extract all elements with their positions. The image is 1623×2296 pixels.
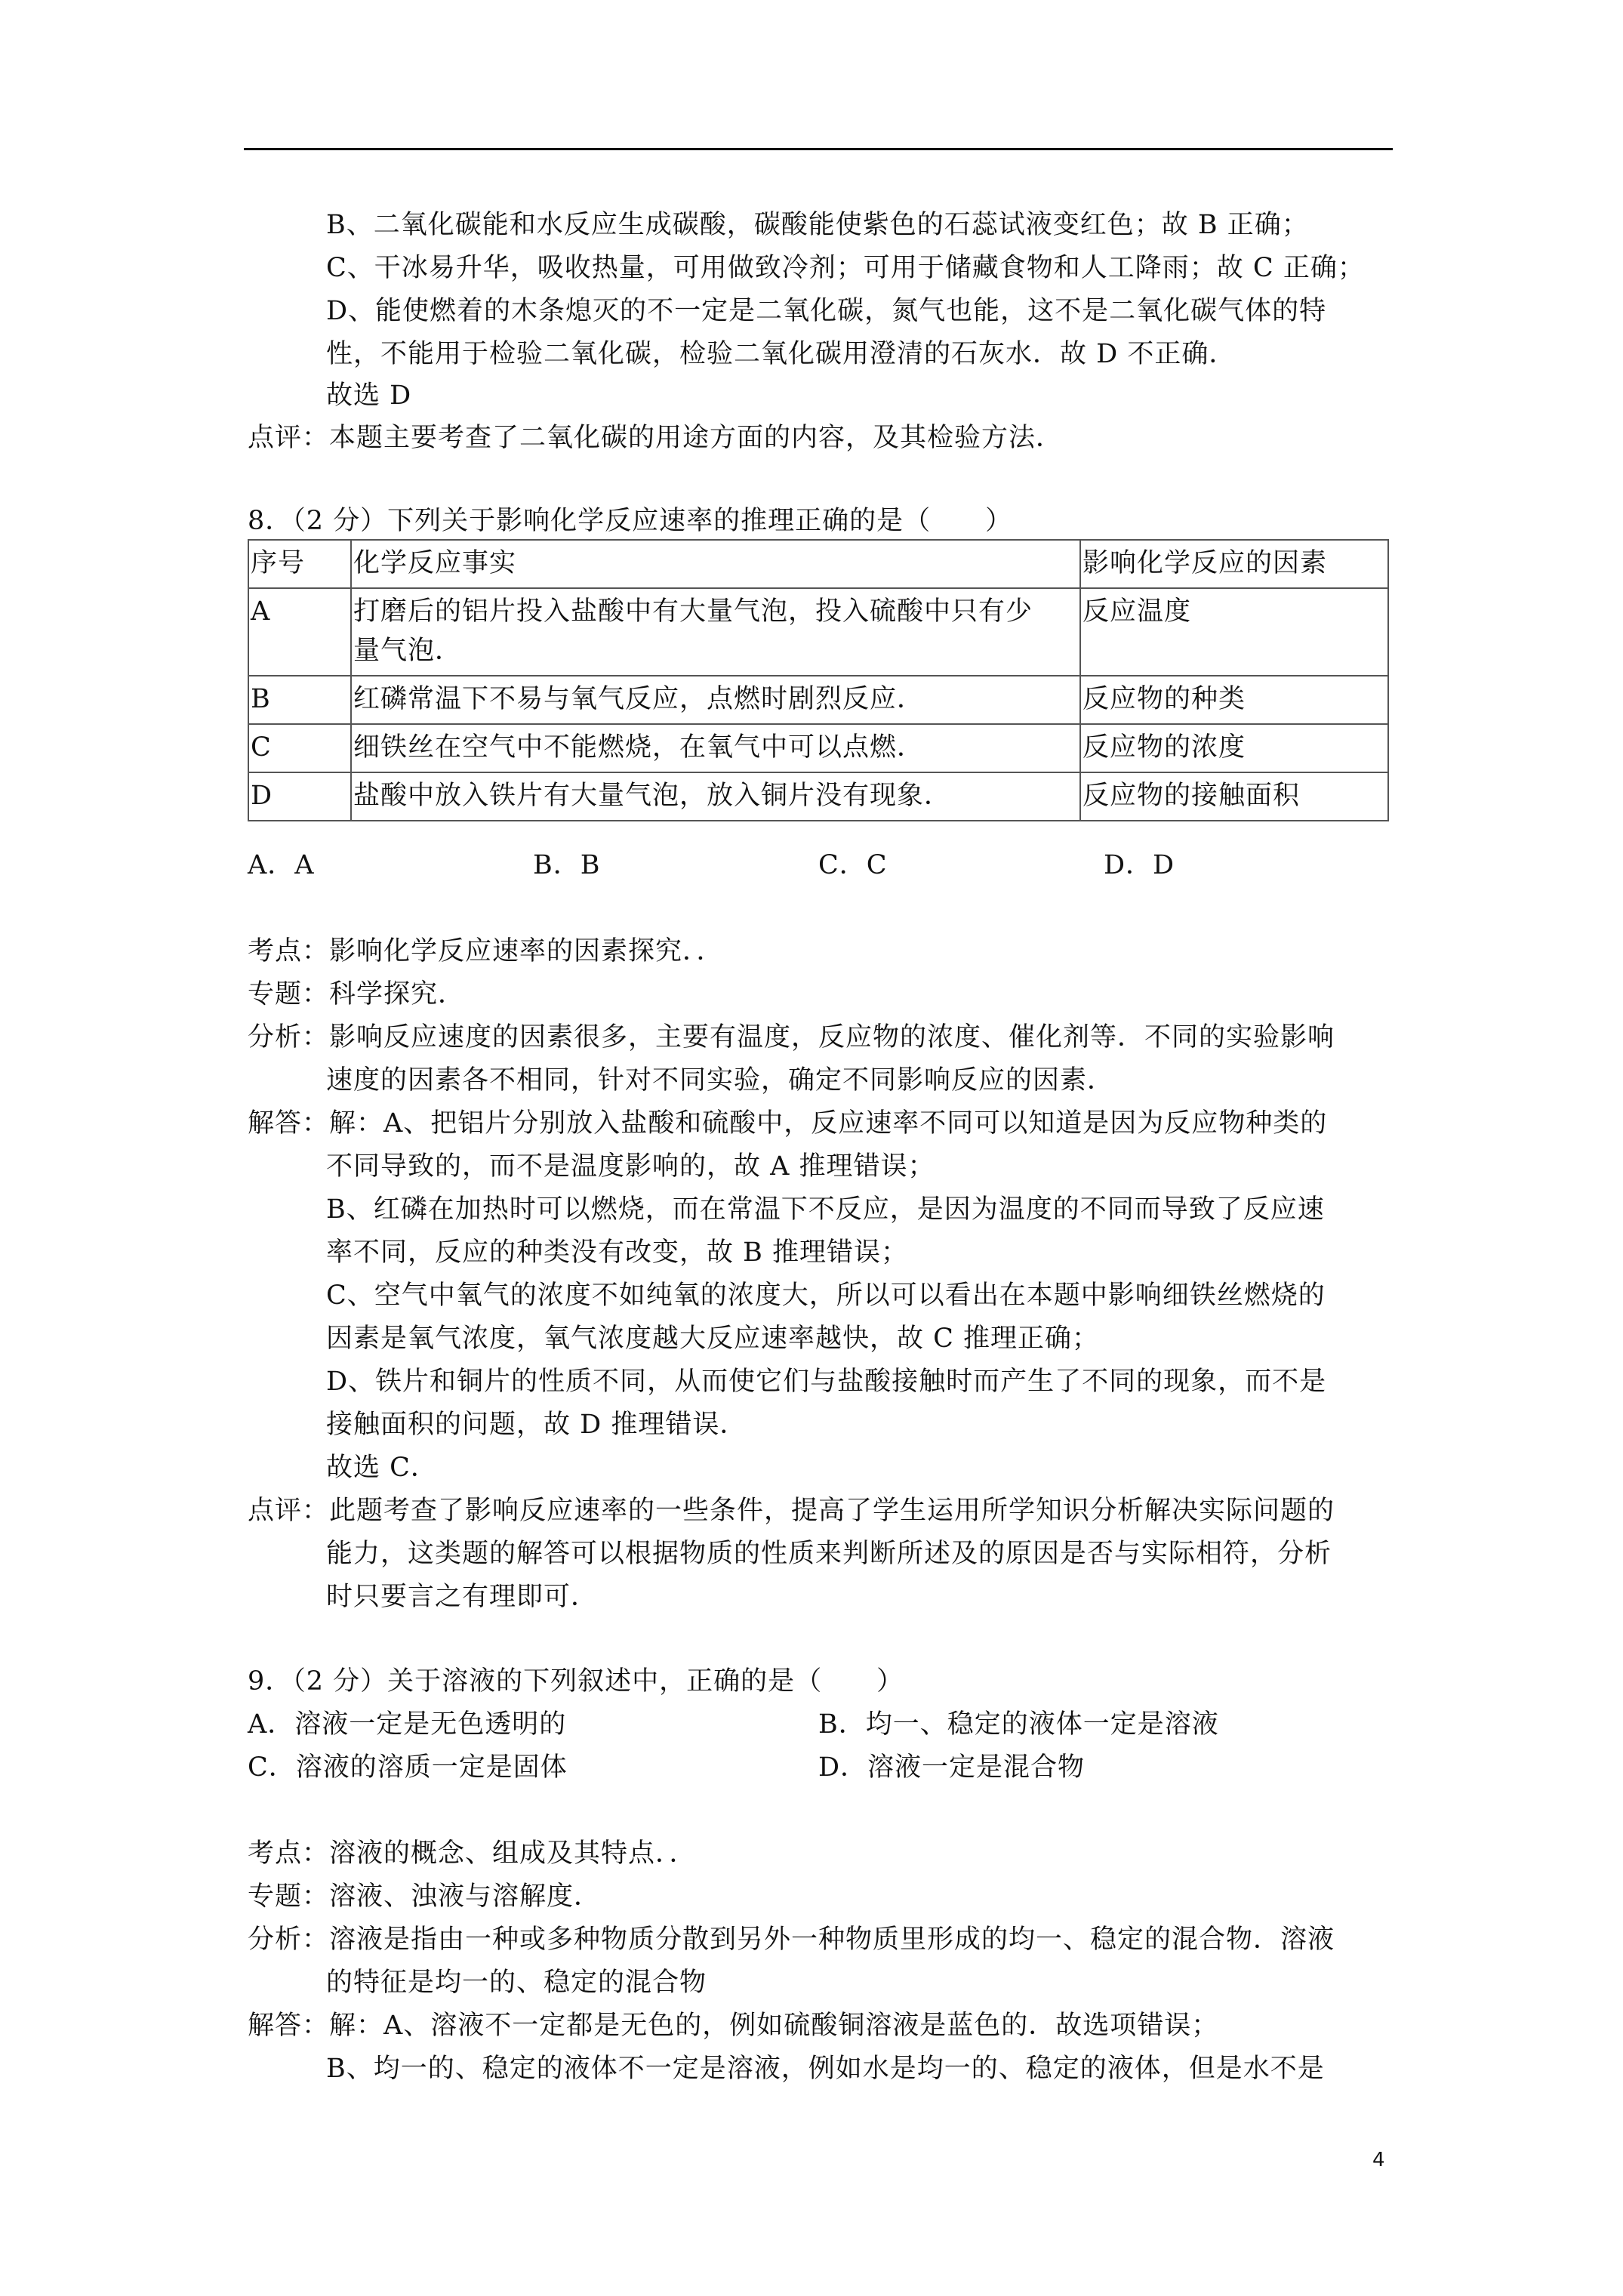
q7-answer-line: B、二氧化碳能和水反应生成碳酸，碳酸能使紫色的石蕊试液变红色；故 B 正确； [326, 208, 1309, 242]
table-row: B 红磷常温下不易与氧气反应，点燃时剧烈反应． 反应物的种类 [248, 676, 1388, 724]
q8-option-d: D．D [1104, 849, 1175, 882]
table-row: A 打磨后的铝片投入盐酸中有大量气泡，投入硫酸中只有少 量气泡． 反应温度 [248, 588, 1388, 676]
q8-fenxi: 分析：影响反应速度的因素很多，主要有温度，反应物的浓度、催化剂等．不同的实验影响 [248, 1021, 1335, 1054]
q9-kaodian: 考点：溶液的概念、组成及其特点．． [248, 1837, 697, 1870]
row-factor: 反应物的种类 [1080, 676, 1388, 724]
row-fact: 细铁丝在空气中不能燃烧，在氧气中可以点燃． [351, 724, 1080, 772]
q9-jieda: B、均一的、稳定的液体不一定是溶液，例如水是均一的、稳定的液体，但是水不是 [326, 2052, 1325, 2085]
row-id: D [248, 772, 351, 821]
row-id: A [248, 588, 351, 676]
row-factor: 反应物的浓度 [1080, 724, 1388, 772]
q8-jieda: B、红磷在加热时可以燃烧，而在常温下不反应，是因为温度的不同而导致了反应速 [326, 1193, 1325, 1226]
q9-question: 9．（2 分）关于溶液的下列叙述中，正确的是（ ） [248, 1665, 904, 1698]
header-cell: 序号 [248, 540, 351, 588]
q8-option-b: B．B [533, 849, 600, 882]
q9-option-b: B．均一、稳定的液体一定是溶液 [818, 1708, 1219, 1741]
q8-dianping: 能力，这类题的解答可以根据物质的性质来判断所述及的原因是否与实际相符，分析 [326, 1537, 1332, 1570]
row-fact-line: 量气泡． [353, 631, 1078, 670]
q8-jieda: 不同导致的，而不是温度影响的，故 A 推理错误； [326, 1150, 935, 1183]
q7-answer-line: D、能使燃着的木条熄灭的不一定是二氧化碳，氮气也能，这不是二氧化碳气体的特 [326, 294, 1326, 328]
q8-jieda: 率不同，反应的种类没有改变，故 B 推理错误； [326, 1236, 908, 1269]
q9-zhuanti: 专题：溶液、浊液与溶解度． [248, 1880, 601, 1913]
q8-fenxi: 速度的因素各不相同，针对不同实验，确定不同影响反应的因素． [326, 1064, 1114, 1097]
q7-answer-line: 性，不能用于检验二氧化碳，检验二氧化碳用澄清的石灰水．故 D 不正确． [326, 337, 1236, 371]
row-id: C [248, 724, 351, 772]
q8-dianping: 点评：此题考查了影响反应速率的一些条件，提高了学生运用所学知识分析解决实际问题的 [248, 1494, 1335, 1527]
row-fact-line: 打磨后的铝片投入盐酸中有大量气泡，投入硫酸中只有少 [353, 592, 1078, 631]
q9-option-c: C．溶液的溶质一定是固体 [248, 1751, 568, 1784]
table-row: D 盐酸中放入铁片有大量气泡，放入铜片没有现象． 反应物的接触面积 [248, 772, 1388, 821]
q8-kaodian: 考点：影响化学反应速率的因素探究．． [248, 935, 724, 968]
row-factor: 反应温度 [1080, 588, 1388, 676]
row-factor: 反应物的接触面积 [1080, 772, 1388, 821]
q7-answer-line: C、干冰易升华，吸收热量，可用做致冷剂；可用于储藏食物和人工降雨；故 C 正确； [326, 251, 1365, 285]
q8-jieda: 因素是氧气浓度，氧气浓度越大反应速率越快，故 C 推理正确； [326, 1322, 1099, 1355]
q8-question: 8．（2 分）下列关于影响化学反应速率的推理正确的是（ ） [248, 504, 1012, 538]
q8-option-c: C．C [818, 849, 888, 882]
header-cell: 化学反应事实 [351, 540, 1080, 588]
q9-fenxi: 分析：溶液是指由一种或多种物质分散到另外一种物质里形成的均一、稳定的混合物．溶液 [248, 1923, 1335, 1956]
row-id: B [248, 676, 351, 724]
q8-jieda: D、铁片和铜片的性质不同，从而使它们与盐酸接触时而产生了不同的现象，而不是 [326, 1365, 1326, 1398]
q8-dianping: 时只要言之有理即可． [326, 1580, 598, 1613]
q8-option-a: A．A [248, 849, 315, 882]
q9-jieda: 解答：解：A、溶液不一定都是无色的，例如硫酸铜溶液是蓝色的．故选项错误； [248, 2009, 1218, 2042]
q8-jieda: C、空气中氧气的浓度不如纯氧的浓度大，所以可以看出在本题中影响细铁丝燃烧的 [326, 1279, 1326, 1312]
q8-final-choice: 故选 C． [326, 1451, 438, 1484]
row-fact: 打磨后的铝片投入盐酸中有大量气泡，投入硫酸中只有少 量气泡． [351, 588, 1080, 676]
q7-comment: 点评：本题主要考查了二氧化碳的用途方面的内容，及其检验方法． [248, 421, 1063, 455]
q9-option-d: D．溶液一定是混合物 [818, 1751, 1085, 1784]
q9-fenxi: 的特征是均一的、稳定的混合物 [326, 1966, 707, 1999]
q8-zhuanti: 专题：科学探究． [248, 978, 465, 1011]
row-fact: 红磷常温下不易与氧气反应，点燃时剧烈反应． [351, 676, 1080, 724]
q8-jieda: 接触面积的问题，故 D 推理错误． [326, 1408, 747, 1441]
q8-jieda: 解答：解：A、把铝片分别放入盐酸和硫酸中，反应速率不同可以知道是因为反应物种类的 [248, 1107, 1327, 1140]
q8-table: 序号 化学反应事实 影响化学反应的因素 A 打磨后的铝片投入盐酸中有大量气泡，投… [248, 539, 1389, 821]
table-header-row: 序号 化学反应事实 影响化学反应的因素 [248, 540, 1388, 588]
q9-option-a: A．溶液一定是无色透明的 [248, 1708, 566, 1741]
header-rule [244, 148, 1393, 150]
header-cell: 影响化学反应的因素 [1080, 540, 1388, 588]
table-row: C 细铁丝在空气中不能燃烧，在氧气中可以点燃． 反应物的浓度 [248, 724, 1388, 772]
row-fact: 盐酸中放入铁片有大量气泡，放入铜片没有现象． [351, 772, 1080, 821]
q7-final-choice: 故选 D [326, 379, 411, 412]
page-number: 4 [1372, 2149, 1385, 2171]
